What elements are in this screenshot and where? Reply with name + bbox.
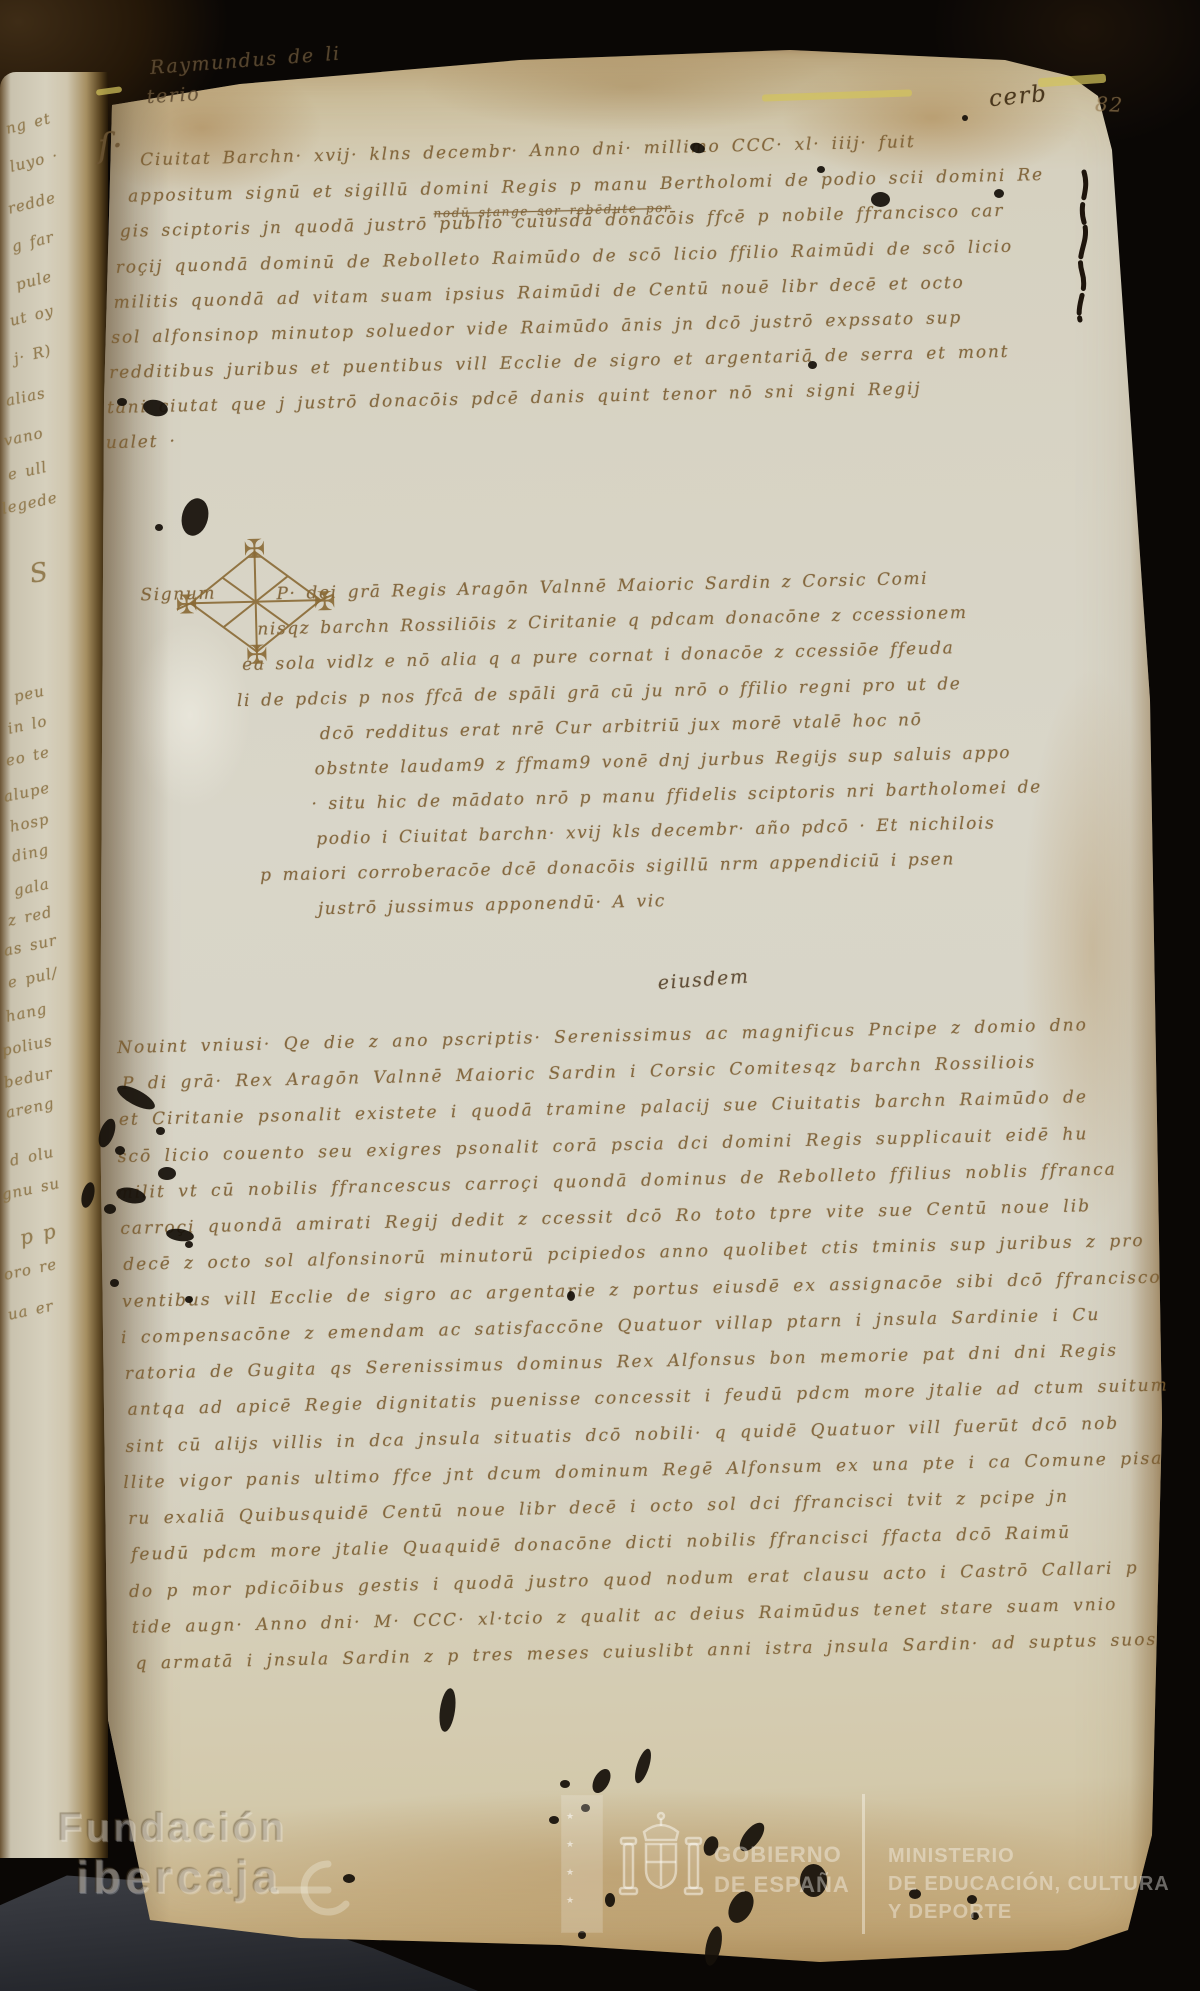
manuscript-line: redditibus juribus et puentibus vill Ecc… — [109, 342, 1009, 383]
ink-blot — [549, 1816, 559, 1824]
ministerio-watermark: MINISTERIO DE EDUCACIÓN, CULTURA Y DEPOR… — [888, 1842, 1170, 1926]
ministerio-line1: MINISTERIO — [888, 1842, 1170, 1870]
manuscript-line: ea sola vidlz e nō alia q a pure cornat … — [242, 638, 955, 675]
manuscript-line: Ciuitat Barchn· xvij· klns decembr· Anno… — [140, 132, 916, 170]
manuscript-line: llite vigor panis ultimo ffce jnt dcum d… — [123, 1449, 1163, 1494]
signum-cross-top: ✠ — [243, 534, 265, 565]
manuscript-line: ru exaliā Quibusquidē Centū noue libr de… — [128, 1487, 1069, 1529]
ink-blot — [817, 166, 825, 173]
ink-blot — [155, 524, 163, 531]
ink-blot — [808, 361, 817, 369]
marginal-annotation: eiusdem — [657, 965, 750, 994]
ministerio-line2: DE EDUCACIÓN, CULTURA — [888, 1870, 1170, 1898]
manuscript-line: obstnte laudam9 z ffmam9 vonē dnj jurbus… — [314, 743, 1011, 779]
ink-blot — [185, 1241, 193, 1248]
manuscript-line: sol alfonsinop minutop soluedor vide Rai… — [111, 308, 962, 348]
gobierno-line2: DE ESPAÑA — [714, 1870, 850, 1900]
manuscript-line: nisqz barchn Rossiliōis z Ciritanie q pd… — [257, 603, 968, 640]
manuscript-line: decē z octo sol alfonsinorū minutorū pci… — [123, 1231, 1145, 1275]
signum-cross-bottom: ✠ — [246, 640, 268, 671]
spain-coat-of-arms-icon — [606, 1808, 716, 1920]
ink-blot — [185, 1296, 193, 1303]
archive-watermark-line1: Fundación — [58, 1806, 287, 1851]
star-icon: ★ — [566, 1868, 574, 1878]
handwriting-layer: Raymundus de literiocerb82ſ·Signumnodū s… — [0, 0, 1200, 1991]
manuscript-line: appositum signū et sigillū domini Regis … — [128, 165, 1044, 207]
manuscript-line: q armatā i jnsula Sardin z p tres meses … — [135, 1630, 1157, 1674]
top-annotation-group: Raymundus de literiocerb82ſ·Signumnodū s… — [0, 0, 1196, 3]
manuscript-line: tide augn· Anno dni· M· CCC· xl·tcio z q… — [132, 1595, 1118, 1638]
manuscript-line: milit vt cū nobilis ffrancescus carroçi … — [116, 1160, 1117, 1204]
manuscript-line: et Ciritanie psonalit existete i quodā t… — [119, 1087, 1089, 1130]
manuscript-line: P di grā· Rex Aragōn Valnnē Maioric Sard… — [122, 1052, 1037, 1094]
manuscript-scan-photo: ng etluyo ·reddeg farpuleut oyj· R)alias… — [0, 0, 1200, 1991]
ink-blot — [578, 1931, 586, 1939]
gobierno-watermark: GOBIERNO DE ESPAÑA — [714, 1840, 850, 1900]
ink-blot — [110, 1279, 119, 1287]
watermark-divider — [862, 1794, 865, 1934]
paragraph-2-royal-subscription: P· dei grā Regis Aragōn Valnnē Maioric S… — [0, 0, 1196, 3]
manuscript-line: ratoria de Gugita qs Serenissimus dominu… — [125, 1341, 1119, 1384]
paragraph-1-notarial-clause: Ciuitat Barchn· xvij· klns decembr· Anno… — [0, 0, 1196, 3]
manuscript-line: Nouint vniusi· Qe die z ano pscriptis· S… — [117, 1015, 1088, 1058]
manuscript-line: i compensacōne z emendam ac satisfaccōne… — [121, 1305, 1101, 1348]
ministerio-line3: Y DEPORTE — [888, 1898, 1170, 1926]
manuscript-line: p maiori corroberacōe dcē donacōis sigil… — [260, 849, 955, 885]
star-icon: ★ — [566, 1812, 574, 1822]
signum-cross-left: ✠ — [175, 590, 197, 621]
ink-blot — [994, 189, 1004, 198]
marginal-annotation: Raymundus de li — [149, 43, 341, 79]
marginal-annotation: cerb — [988, 81, 1049, 112]
manuscript-line: dcō redditus erat nrē Cur arbitriū jux m… — [320, 710, 923, 744]
ink-blot — [117, 398, 127, 406]
ink-blot — [156, 1127, 165, 1135]
gobierno-line1: GOBIERNO — [714, 1840, 850, 1870]
ink-blot — [962, 115, 968, 121]
ink-blot — [560, 1780, 570, 1788]
ibercaja-logo-icon — [268, 1856, 372, 1920]
manuscript-line: P· dei grā Regis Aragōn Valnnē Maioric S… — [276, 569, 928, 604]
archive-watermark-line2: ibercaja — [76, 1850, 282, 1904]
manuscript-line: roçij quondā dominū de Rebolleto Raimūdo… — [116, 237, 1014, 278]
manuscript-line: carroçi quondā amirati Regij dedit z cce… — [120, 1196, 1091, 1239]
manuscript-line: tani ciutat que j justrō donacōis pdcē d… — [107, 379, 922, 418]
star-icon: ★ — [566, 1840, 574, 1850]
ink-blot — [158, 1167, 176, 1180]
manuscript-line: scō licio couento seu exigres psonalit c… — [117, 1124, 1088, 1167]
marginal-annotation: 82 — [1095, 92, 1125, 117]
signum-cross-right: ✠ — [313, 587, 335, 618]
manuscript-line: feudū pdcm more jtalie Quaquidē donacōne… — [131, 1523, 1071, 1565]
eu-flag-watermark: ★ ★ ★ ★ — [562, 1796, 602, 1932]
marginal-annotation: terio — [146, 83, 201, 108]
manuscript-line: do p mor pdicōibus gestis i quodā justro… — [129, 1558, 1139, 1602]
manuscript-line: ventibus vill Ecclie de sigro ac argenta… — [122, 1268, 1162, 1312]
manuscript-line: militis quondā ad vitam suam ipsius Raim… — [113, 273, 964, 313]
manuscript-line: · situ hic de mādato nrō p manu ffidelis… — [311, 777, 1042, 814]
manuscript-line: li de pdcis p nos ffcā de spāli grā cū j… — [237, 674, 962, 711]
paragraph-3-charter-text: Nouint vniusi· Qe die z ano pscriptis· S… — [0, 0, 1196, 3]
notarial-signum-drawing: ✠ ✠ ✠ ✠ — [179, 540, 332, 664]
manuscript-line: ualet · — [106, 432, 177, 454]
manuscript-line: justrō jussimus apponendū· A vic — [318, 891, 666, 919]
ink-blot — [104, 1204, 116, 1214]
manuscript-line: antqa ad apicē Regie dignitatis puenisse… — [127, 1375, 1169, 1420]
marginal-annotation: ſ· — [97, 126, 125, 167]
ink-blot — [871, 192, 890, 207]
manuscript-line: podio i Ciuitat barchn· xvij kls decembr… — [316, 813, 995, 849]
ink-blot — [567, 1291, 575, 1301]
star-icon: ★ — [566, 1896, 574, 1906]
ink-blot — [115, 1146, 125, 1155]
manuscript-line: sint cū alijs villis in dca jnsula situa… — [125, 1414, 1119, 1457]
